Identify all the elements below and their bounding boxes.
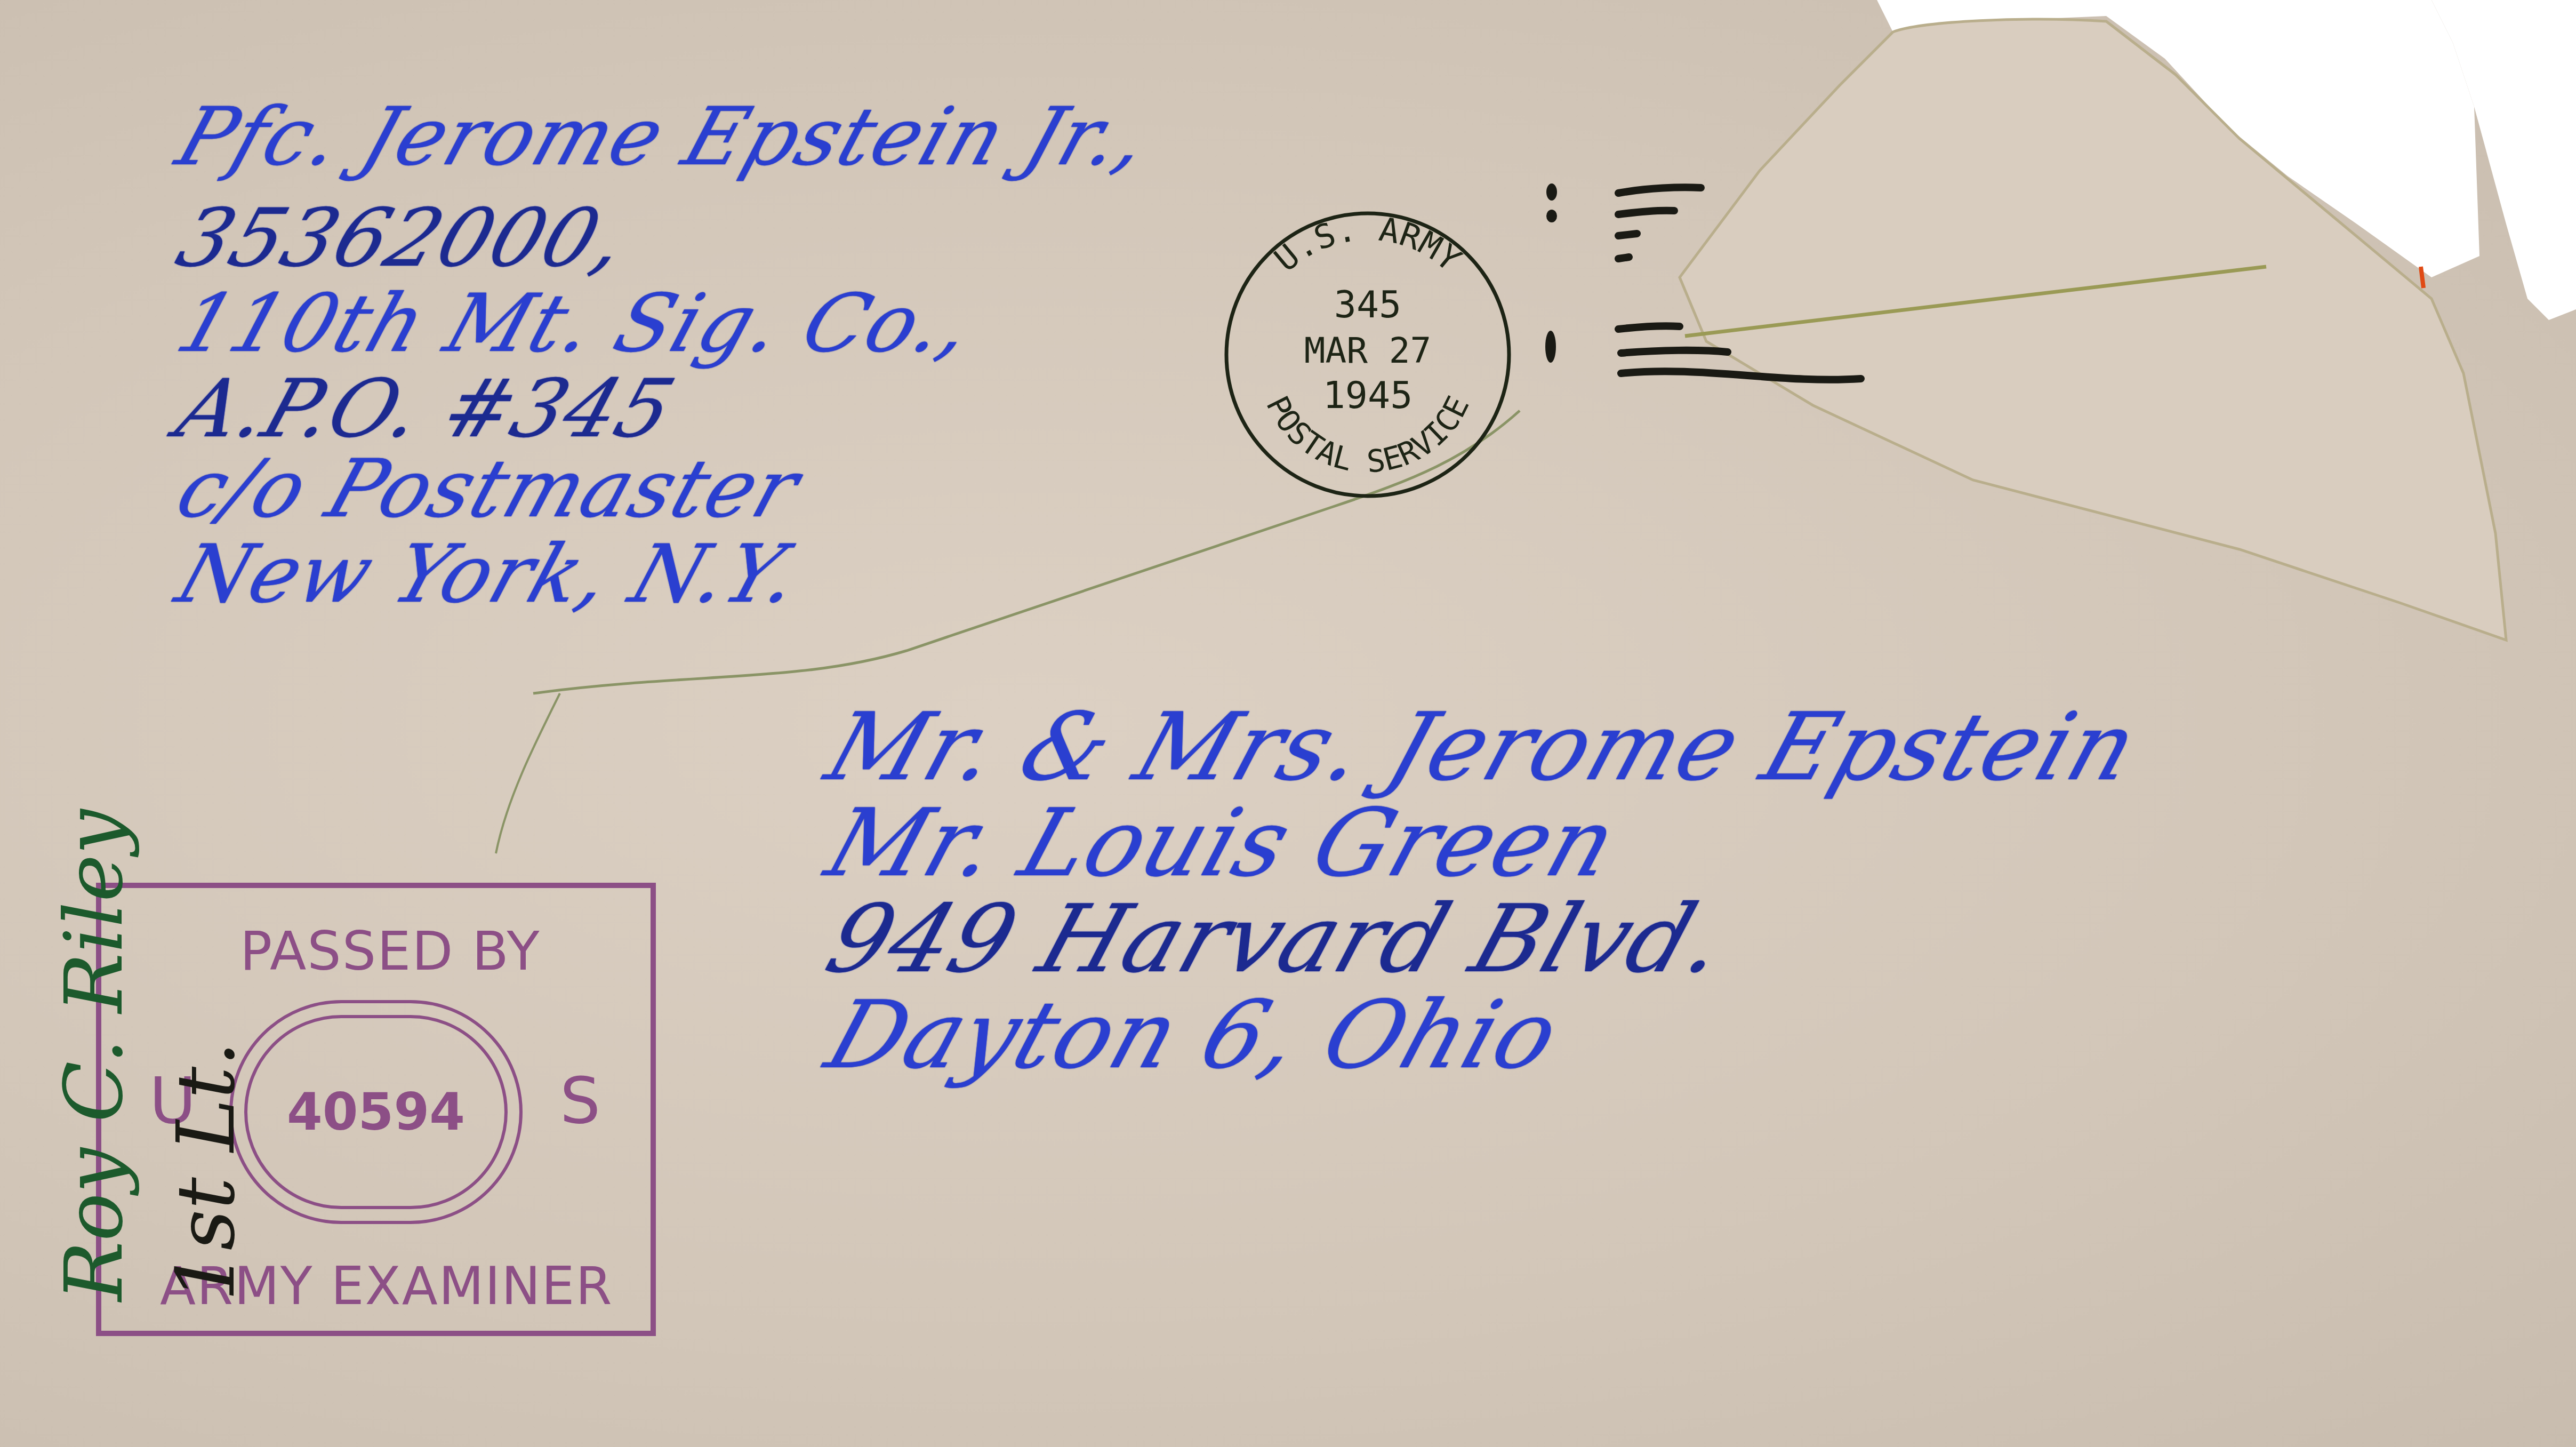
postmark-apo: 345: [1334, 283, 1401, 326]
postmark: U.S. ARMY POSTAL SERVICE 345 MAR 27 1945: [1216, 203, 1520, 507]
censor-header: PASSED BY: [240, 920, 540, 982]
recipient-name: Mr. & Mrs. Jerome Epstein: [814, 693, 2150, 802]
postmark-year: 1945: [1323, 373, 1413, 417]
return-name: Pfc. Jerome Epstein Jr.,: [166, 91, 1160, 183]
censor-right-letter: S: [560, 1064, 600, 1138]
return-apo: A.P.O. #345: [166, 363, 686, 455]
postmark-date: MAR 27: [1304, 330, 1431, 371]
censor-oval: 40594: [229, 1000, 523, 1224]
return-serial-number: 35362000,: [166, 192, 639, 285]
censor-number: 40594: [244, 1015, 508, 1209]
recipient-city: Dayton 6, Ohio: [814, 981, 1572, 1090]
recipient-street: 949 Harvard Blvd.: [814, 885, 1740, 994]
cancellation-lines: [1541, 160, 2021, 533]
svg-text:U.S. ARMY: U.S. ARMY: [1267, 209, 1468, 279]
recipient-care-of: Mr. Louis Green: [814, 789, 1630, 898]
return-unit: 110th Mt. Sig. Co.,: [166, 277, 985, 370]
return-city: New York, N.Y.: [166, 528, 813, 621]
censor-signature-name: Roy C. Riley: [48, 809, 141, 1301]
postmark-top-text: U.S. ARMY: [1267, 209, 1468, 279]
censor-signature-rank: 1st Lt.: [160, 1041, 253, 1301]
envelope: Pfc. Jerome Epstein Jr., 35362000, 110th…: [0, 0, 2576, 1447]
return-postmaster: c/o Postmaster: [166, 443, 811, 535]
